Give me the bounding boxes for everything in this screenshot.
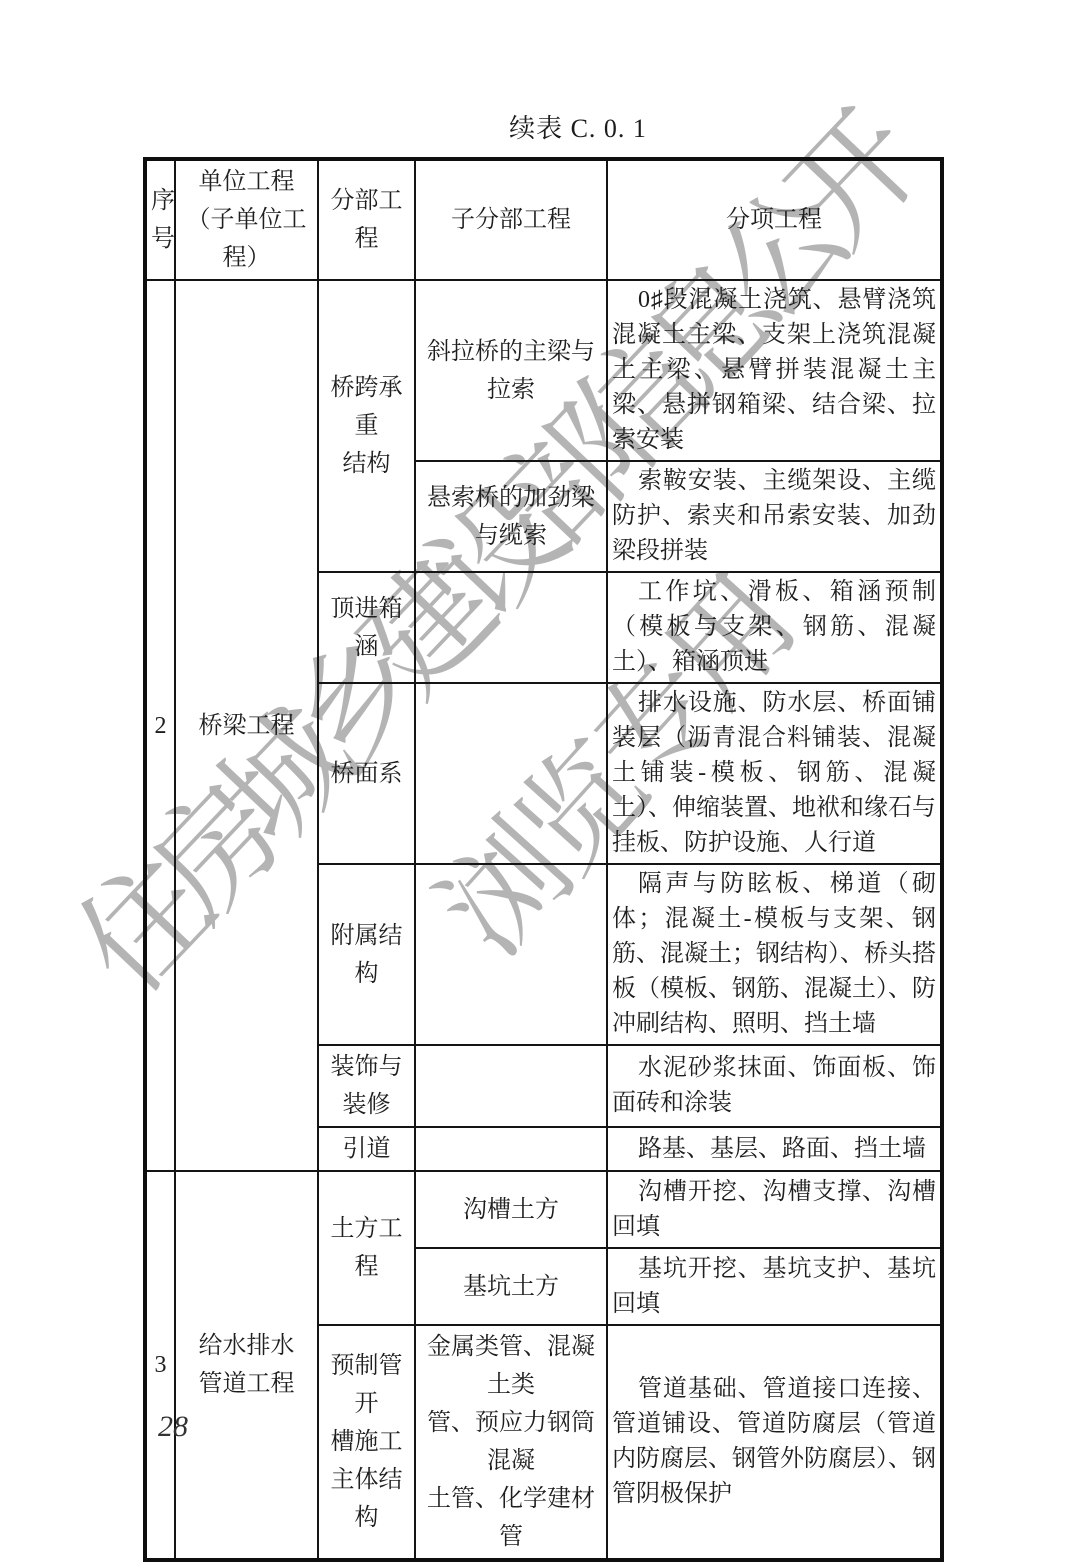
cell-unit-bridge: 桥梁工程 <box>175 280 318 1171</box>
cell-seq-3: 3 <box>145 1171 175 1560</box>
cell-items: 工作坑、滑板、箱涵预制（模板与支架、钢筋、混凝土）、箱涵顶进 <box>607 572 942 683</box>
header-division-project: 分部工程 <box>318 159 415 280</box>
cell-subdivision: 沟槽土方 <box>415 1171 607 1248</box>
table-row: 3 给水排水 管道工程 土方工程 沟槽土方 沟槽开挖、沟槽支撑、沟槽回填 <box>145 1171 942 1248</box>
cell-subdivision: 悬索桥的加劲梁 与缆索 <box>415 461 607 572</box>
header-item-project: 分项工程 <box>607 159 942 280</box>
cell-unit-water-pipeline: 给水排水 管道工程 <box>175 1171 318 1560</box>
cell-division: 桥面系 <box>318 683 415 864</box>
cell-items: 基坑开挖、基坑支护、基坑回填 <box>607 1248 942 1325</box>
cell-items: 索鞍安装、主缆架设、主缆防护、索夹和吊索安装、加劲梁段拼装 <box>607 461 942 572</box>
spec-table: 序 号 单位工程 （子单位工程） 分部工程 子分部工程 分项工程 2 桥梁工程 … <box>143 157 944 1562</box>
cell-division: 预制管开 槽施工 主体结构 <box>318 1325 415 1560</box>
cell-division: 引道 <box>318 1127 415 1171</box>
cell-subdivision: 斜拉桥的主梁与 拉索 <box>415 280 607 461</box>
cell-division: 土方工程 <box>318 1171 415 1325</box>
cell-subdivision-empty <box>415 683 607 864</box>
header-subdivision-project: 子分部工程 <box>415 159 607 280</box>
cell-items: 沟槽开挖、沟槽支撑、沟槽回填 <box>607 1171 942 1248</box>
cell-items: 隔声与防眩板、梯道（砌体；混凝土-模板与支架、钢筋、混凝土；钢结构）、桥头搭板（… <box>607 864 942 1045</box>
cell-subdivision-empty <box>415 1127 607 1171</box>
header-unit-project: 单位工程 （子单位工程） <box>175 159 318 280</box>
table-title: 续表 C. 0. 1 <box>378 108 778 145</box>
cell-items: 水泥砂浆抹面、饰面板、饰面砖和涂装 <box>607 1045 942 1127</box>
cell-items: 排水设施、防水层、桥面铺装层（沥青混合料铺装、混凝土铺装-模板、钢筋、混凝土）、… <box>607 683 942 864</box>
header-seq: 序 号 <box>145 159 175 280</box>
cell-subdivision: 金属类管、混凝土类 管、预应力钢筒混凝 土管、化学建材管 <box>415 1325 607 1560</box>
cell-seq-2: 2 <box>145 280 175 1171</box>
cell-division: 桥跨承重 结构 <box>318 280 415 572</box>
cell-subdivision-empty <box>415 864 607 1045</box>
cell-subdivision-empty <box>415 572 607 683</box>
cell-items: 0♯段混凝土浇筑、悬臂浇筑混凝土主梁、支架上浇筑混凝土主梁、悬臂拼装混凝土主梁、… <box>607 280 942 461</box>
cell-items: 路基、基层、路面、挡土墙 <box>607 1127 942 1171</box>
cell-division: 附属结构 <box>318 864 415 1045</box>
table-row: 2 桥梁工程 桥跨承重 结构 斜拉桥的主梁与 拉索 0♯段混凝土浇筑、悬臂浇筑混… <box>145 280 942 461</box>
cell-division: 顶进箱涵 <box>318 572 415 683</box>
cell-division: 装饰与 装修 <box>318 1045 415 1127</box>
cell-items: 管道基础、管道接口连接、管道铺设、管道防腐层（管道内防腐层、钢管外防腐层）、钢管… <box>607 1325 942 1560</box>
cell-subdivision-empty <box>415 1045 607 1127</box>
cell-subdivision: 基坑土方 <box>415 1248 607 1325</box>
table-header-row: 序 号 单位工程 （子单位工程） 分部工程 子分部工程 分项工程 <box>145 159 942 280</box>
page-number: 28 <box>158 1410 188 1444</box>
